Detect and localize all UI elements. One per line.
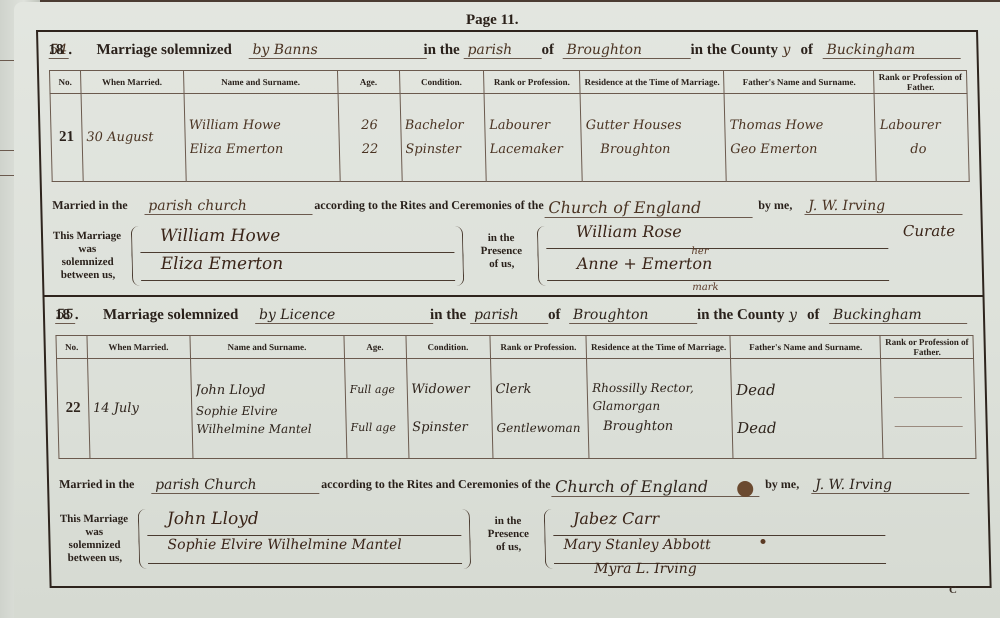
groom-name: John Lloyd	[195, 380, 341, 402]
label-in-the-county: in the County	[690, 42, 778, 59]
married-in-value: parish church	[144, 198, 312, 215]
label-line: solemnized	[52, 256, 124, 269]
bride-signature: Sophie Elvire Wilhelmine Mantel	[147, 537, 462, 564]
label-in-the: in the	[423, 42, 460, 59]
bride-father-name: Geo Emerton	[730, 138, 872, 162]
bride-age: 22	[343, 138, 396, 162]
bride-father-name: Dead	[737, 416, 879, 440]
label-by-me: by me,	[765, 477, 799, 492]
bride-residence: Broughton	[593, 415, 729, 439]
ages-cell: 26 22	[338, 94, 402, 182]
conditions-cell: Widower Spinster	[406, 359, 493, 459]
column-header: When Married.	[80, 71, 183, 94]
label-according-to: according to the Rites and Ceremonies of…	[321, 477, 551, 492]
table-header-row: No. When Married. Name and Surname. Age.…	[56, 336, 974, 359]
label-line: in the	[478, 515, 538, 528]
column-header: Condition.	[405, 336, 490, 359]
groom-father-rank: Labourer	[879, 114, 963, 138]
column-header: Father's Name and Surname.	[724, 71, 875, 94]
label-marriage-solemnized: Marriage solemnized	[103, 307, 239, 324]
column-header: Rank or Profession.	[490, 336, 587, 359]
signature-block: This Marriage was solemnized between us,…	[58, 509, 980, 575]
church-of-value: Church of England	[551, 477, 759, 497]
father-rank-dash	[894, 397, 962, 398]
in-presence-label: in the Presence of us,	[478, 515, 539, 554]
county-value: Buckingham	[822, 42, 960, 59]
church-of-value: Church of England	[544, 198, 752, 218]
bride-condition: Spinster	[405, 138, 481, 162]
label-line: This Marriage	[58, 513, 130, 526]
column-header: Rank or Profession.	[483, 71, 580, 94]
in-presence-label: in the Presence of us,	[471, 232, 532, 271]
column-header: Residence at the Time of Marriage.	[580, 71, 724, 94]
label-of: of	[807, 307, 820, 324]
solemnized-by-value: by Licence	[255, 307, 433, 324]
signature-block: This Marriage was solemnized between us,…	[51, 226, 973, 292]
witness-note-her: her	[691, 246, 708, 257]
column-header: Age.	[337, 71, 399, 94]
bride-condition: Spinster	[412, 416, 488, 440]
column-header: Name and Surname.	[190, 336, 345, 359]
column-header: Condition.	[399, 71, 484, 94]
officiant-name: J. W. Irving	[811, 477, 969, 494]
column-header: When Married.	[87, 336, 190, 359]
groom-signature: William Howe	[140, 226, 455, 253]
groom-rank: Clerk	[495, 378, 583, 402]
groom-father-name: Dead	[736, 378, 878, 402]
label-of: of	[548, 307, 561, 324]
column-header: Name and Surname.	[183, 71, 338, 94]
label-line: in the	[471, 232, 531, 245]
witness-signatures: Jabez Carr Mary Stanley Abbott Myra L. I…	[544, 509, 886, 569]
ranks-cell: Labourer Lacemaker	[484, 94, 583, 182]
label-in-the: in the	[430, 307, 467, 324]
groom-rank: Labourer	[489, 114, 577, 138]
column-header: No.	[49, 71, 80, 94]
residence-cell: Gutter Houses Broughton	[580, 94, 726, 182]
groom-age: Full age	[349, 378, 402, 402]
table-row: 22 14 July John Lloyd Sophie Elvire Wilh…	[57, 359, 976, 459]
witness-signature: Jabez Carr	[553, 509, 886, 536]
bride-father-rank: do	[880, 138, 964, 162]
witness-signature: William Rose	[546, 222, 889, 249]
register-frame: 1854. Marriage solemnized by Banns in th…	[36, 30, 992, 588]
bride-name: Sophie Elvire Wilhelmine Mantel	[196, 402, 342, 438]
register-page: Page 11. 1854. Marriage solemnized by Ba…	[14, 2, 1000, 618]
column-header: Residence at the Time of Marriage.	[586, 336, 730, 359]
label-line: This Marriage	[51, 230, 123, 243]
ink-blot	[737, 481, 753, 497]
names-cell: John Lloyd Sophie Elvire Wilhelmine Mant…	[190, 359, 347, 459]
county-value: Buckingham	[829, 307, 967, 324]
label-in-the-county: in the County	[697, 307, 785, 324]
conditions-cell: Bachelor Spinster	[400, 94, 486, 182]
footer-mark: C	[949, 584, 957, 596]
marriage-entry-21: 1854. Marriage solemnized by Banns in th…	[38, 32, 982, 297]
father-name-cell: Dead Dead	[731, 359, 884, 459]
label-married-in-the: Married in the	[59, 477, 135, 492]
place-value: Broughton	[562, 42, 690, 59]
father-rank-cell	[881, 359, 976, 459]
names-cell: William Howe Eliza Emerton	[184, 94, 340, 182]
this-marriage-label: This Marriage was solemnized between us,	[58, 513, 131, 565]
label-married-in-the: Married in the	[52, 198, 128, 213]
groom-age: 26	[343, 114, 396, 138]
groom-residence: Gutter Houses	[585, 114, 721, 138]
county-suffix: y	[778, 42, 794, 58]
witness-signatures: William Rose Anne + Emerton	[537, 226, 889, 286]
bride-residence: Broughton	[586, 138, 722, 162]
label-line: was	[51, 243, 123, 256]
table-header-row: No. When Married. Name and Surname. Age.…	[49, 71, 967, 94]
groom-father-name: Thomas Howe	[729, 114, 871, 138]
register-table: No. When Married. Name and Surname. Age.…	[49, 70, 970, 182]
label-line: of us,	[472, 258, 532, 271]
ranks-cell: Clerk Gentlewoman	[490, 359, 589, 459]
label-line: Presence	[471, 245, 531, 258]
officiant-name: J. W. Irving	[804, 198, 962, 215]
bride-name: Eliza Emerton	[189, 138, 335, 162]
entry-number: 21	[50, 94, 83, 182]
label-of: of	[800, 42, 813, 59]
entry-heading: 1855. Marriage solemnized by Licence in …	[55, 307, 974, 333]
bride-age: Full age	[350, 416, 403, 440]
register-table: No. When Married. Name and Surname. Age.…	[55, 335, 976, 459]
groom-residence: Rhossilly Rector, Glamorgan	[592, 379, 728, 415]
groom-name: William Howe	[189, 114, 335, 138]
column-header: Rank or Profession of Father.	[874, 71, 967, 94]
label-line: of us,	[478, 541, 538, 554]
groom-condition: Widower	[411, 378, 487, 402]
entry-number: 22	[57, 359, 90, 459]
label-line: between us,	[59, 552, 131, 565]
label-by-me: by me,	[758, 198, 792, 213]
table-row: 21 30 August William Howe Eliza Emerton …	[50, 94, 969, 182]
entry-heading: 1854. Marriage solemnized by Banns in th…	[48, 42, 967, 68]
groom-condition: Bachelor	[405, 114, 481, 138]
label-line: was	[58, 526, 130, 539]
bride-signature: Eliza Emerton	[140, 254, 455, 281]
district-type-value: parish	[463, 42, 541, 59]
place-value: Broughton	[569, 307, 697, 324]
father-rank-cell: Labourer do	[874, 94, 969, 182]
residence-cell: Rhossilly Rector, Glamorgan Broughton	[587, 359, 733, 459]
district-type-value: parish	[470, 307, 548, 324]
marriage-entry-22: 1855. Marriage solemnized by Licence in …	[45, 297, 990, 586]
party-signatures: William Howe Eliza Emerton	[131, 226, 464, 286]
party-signatures: John Lloyd Sophie Elvire Wilhelmine Mant…	[138, 509, 471, 569]
father-rank-dash	[895, 426, 963, 427]
when-married: 14 July	[87, 359, 192, 459]
this-marriage-label: This Marriage was solemnized between us,	[51, 230, 124, 282]
label-line: Presence	[478, 528, 538, 541]
married-in-value: parish Church	[151, 477, 319, 494]
label-line: solemnized	[58, 539, 130, 552]
witness-signature: Anne + Emerton	[546, 254, 889, 281]
witness-signature: Mary Stanley Abbott	[553, 537, 886, 564]
witness-note-mark: mark	[692, 282, 719, 293]
label-marriage-solemnized: Marriage solemnized	[96, 42, 232, 59]
bride-rank: Lacemaker	[489, 138, 577, 162]
year-prefix: 18	[55, 307, 70, 324]
column-header: No.	[56, 336, 87, 359]
page-number: Page 11.	[466, 12, 519, 29]
county-suffix: y	[785, 307, 801, 323]
label-according-to: according to the Rites and Ceremonies of…	[314, 198, 544, 213]
when-married: 30 August	[81, 94, 186, 182]
bride-rank: Gentlewoman	[496, 416, 584, 440]
ages-cell: Full age Full age	[344, 359, 408, 459]
column-header: Father's Name and Surname.	[730, 336, 881, 359]
solemnized-by-value: by Banns	[248, 42, 426, 59]
witness-signature: Myra L. Irving	[554, 561, 887, 587]
father-name-cell: Thomas Howe Geo Emerton	[724, 94, 876, 182]
column-header: Age.	[344, 336, 406, 359]
year-prefix: 18	[48, 42, 63, 59]
label-of: of	[541, 42, 554, 59]
groom-signature: John Lloyd	[147, 509, 462, 536]
label-line: between us,	[52, 269, 124, 282]
column-header: Rank or Profession of Father.	[880, 336, 973, 359]
